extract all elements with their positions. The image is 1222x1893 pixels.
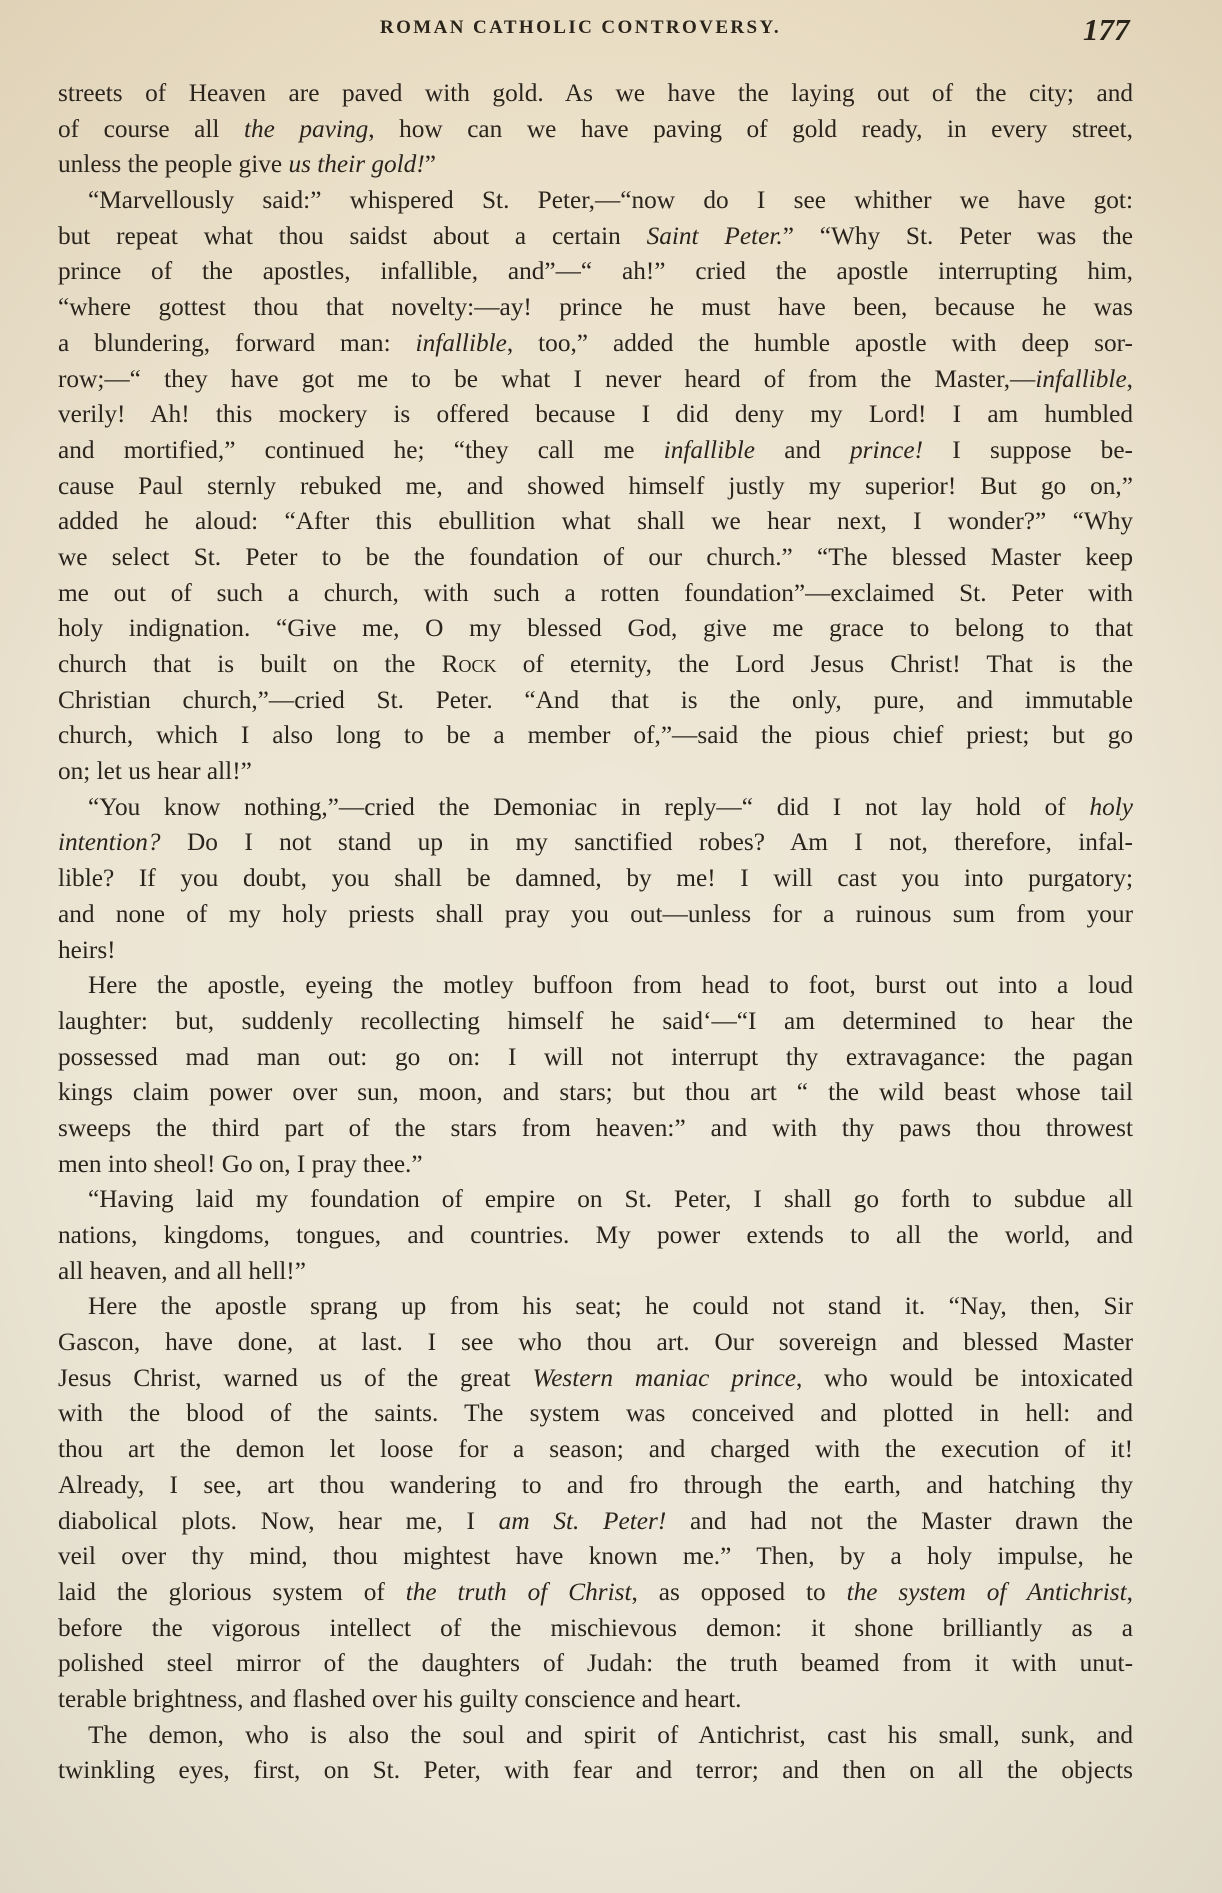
- text-line: and mortified,” continued he; “they call…: [58, 433, 1133, 469]
- text-line: veil over thy mind, thou mightest have k…: [58, 1539, 1133, 1575]
- text-line: me out of such a church, with such a rot…: [58, 576, 1133, 612]
- text-line: “You know nothing,”—cried the Demoniac i…: [58, 790, 1133, 826]
- text-line: but repeat what thou saidst about a cert…: [58, 219, 1133, 255]
- running-title: ROMAN CATHOLIC CONTROVERSY.: [380, 17, 781, 39]
- body-text: streets of Heaven are paved with gold. A…: [58, 76, 1133, 1789]
- text-line: row;—“ they have got me to be what I nev…: [58, 362, 1133, 398]
- text-line: lible? If you doubt, you shall be damned…: [58, 861, 1133, 897]
- text-line: and none of my holy priests shall pray y…: [58, 897, 1133, 933]
- text-line: with the blood of the saints. The system…: [58, 1396, 1133, 1432]
- text-line: laughter: but, suddenly recollecting him…: [58, 1004, 1133, 1040]
- text-line: cause Paul sternly rebuked me, and showe…: [58, 469, 1133, 505]
- text-line: verily! Ah! this mockery is offered beca…: [58, 397, 1133, 433]
- text-line: church that is built on the Rock of eter…: [58, 647, 1133, 683]
- text-line: twinkling eyes, first, on St. Peter, wit…: [58, 1753, 1133, 1789]
- text-line: diabolical plots. Now, hear me, I am St.…: [58, 1504, 1133, 1540]
- page-number: 177: [1083, 12, 1130, 48]
- text-line: prince of the apostles, infallible, and”…: [58, 254, 1133, 290]
- text-line: Christian church,”—cried St. Peter. “And…: [58, 683, 1133, 719]
- text-line: laid the glorious system of the truth of…: [58, 1575, 1133, 1611]
- text-line: The demon, who is also the soul and spir…: [58, 1718, 1133, 1754]
- text-line: unless the people give us their gold!”: [58, 147, 1133, 183]
- text-line: Here the apostle, eyeing the motley buff…: [58, 968, 1133, 1004]
- text-line: holy indignation. “Give me, O my blessed…: [58, 611, 1133, 647]
- text-line: Gascon, have done, at last. I see who th…: [58, 1325, 1133, 1361]
- text-line: Already, I see, art thou wandering to an…: [58, 1468, 1133, 1504]
- text-line: sweeps the third part of the stars from …: [58, 1111, 1133, 1147]
- text-line: church, which I also long to be a member…: [58, 718, 1133, 754]
- text-line: heirs!: [58, 933, 1133, 969]
- text-line: thou art the demon let loose for a seaso…: [58, 1432, 1133, 1468]
- text-line: possessed mad man out: go on: I will not…: [58, 1040, 1133, 1076]
- text-line: “Marvellously said:” whispered St. Peter…: [58, 183, 1133, 219]
- text-line: on; let us hear all!”: [58, 754, 1133, 790]
- text-line: Here the apostle sprang up from his seat…: [58, 1289, 1133, 1325]
- text-line: before the vigorous intellect of the mis…: [58, 1611, 1133, 1647]
- text-line: a blundering, forward man: infallible, t…: [58, 326, 1133, 362]
- text-line: kings claim power over sun, moon, and st…: [58, 1075, 1133, 1111]
- text-line: “Having laid my foundation of empire on …: [58, 1182, 1133, 1218]
- text-line: terable brightness, and flashed over his…: [58, 1682, 1133, 1718]
- text-line: all heaven, and all hell!”: [58, 1254, 1133, 1290]
- text-line: of course all the paving, how can we hav…: [58, 112, 1133, 148]
- text-line: Jesus Christ, warned us of the great Wes…: [58, 1361, 1133, 1397]
- text-line: “where gottest thou that novelty:—ay! pr…: [58, 290, 1133, 326]
- text-line: men into sheol! Go on, I pray thee.”: [58, 1147, 1133, 1183]
- text-line: added he aloud: “After this ebullition w…: [58, 504, 1133, 540]
- text-line: intention? Do I not stand up in my sanct…: [58, 825, 1133, 861]
- text-line: nations, kingdoms, tongues, and countrie…: [58, 1218, 1133, 1254]
- text-line: polished steel mirror of the daughters o…: [58, 1646, 1133, 1682]
- text-line: streets of Heaven are paved with gold. A…: [58, 76, 1133, 112]
- text-line: we select St. Peter to be the foundation…: [58, 540, 1133, 576]
- running-head: ROMAN CATHOLIC CONTROVERSY. 177: [0, 14, 1222, 44]
